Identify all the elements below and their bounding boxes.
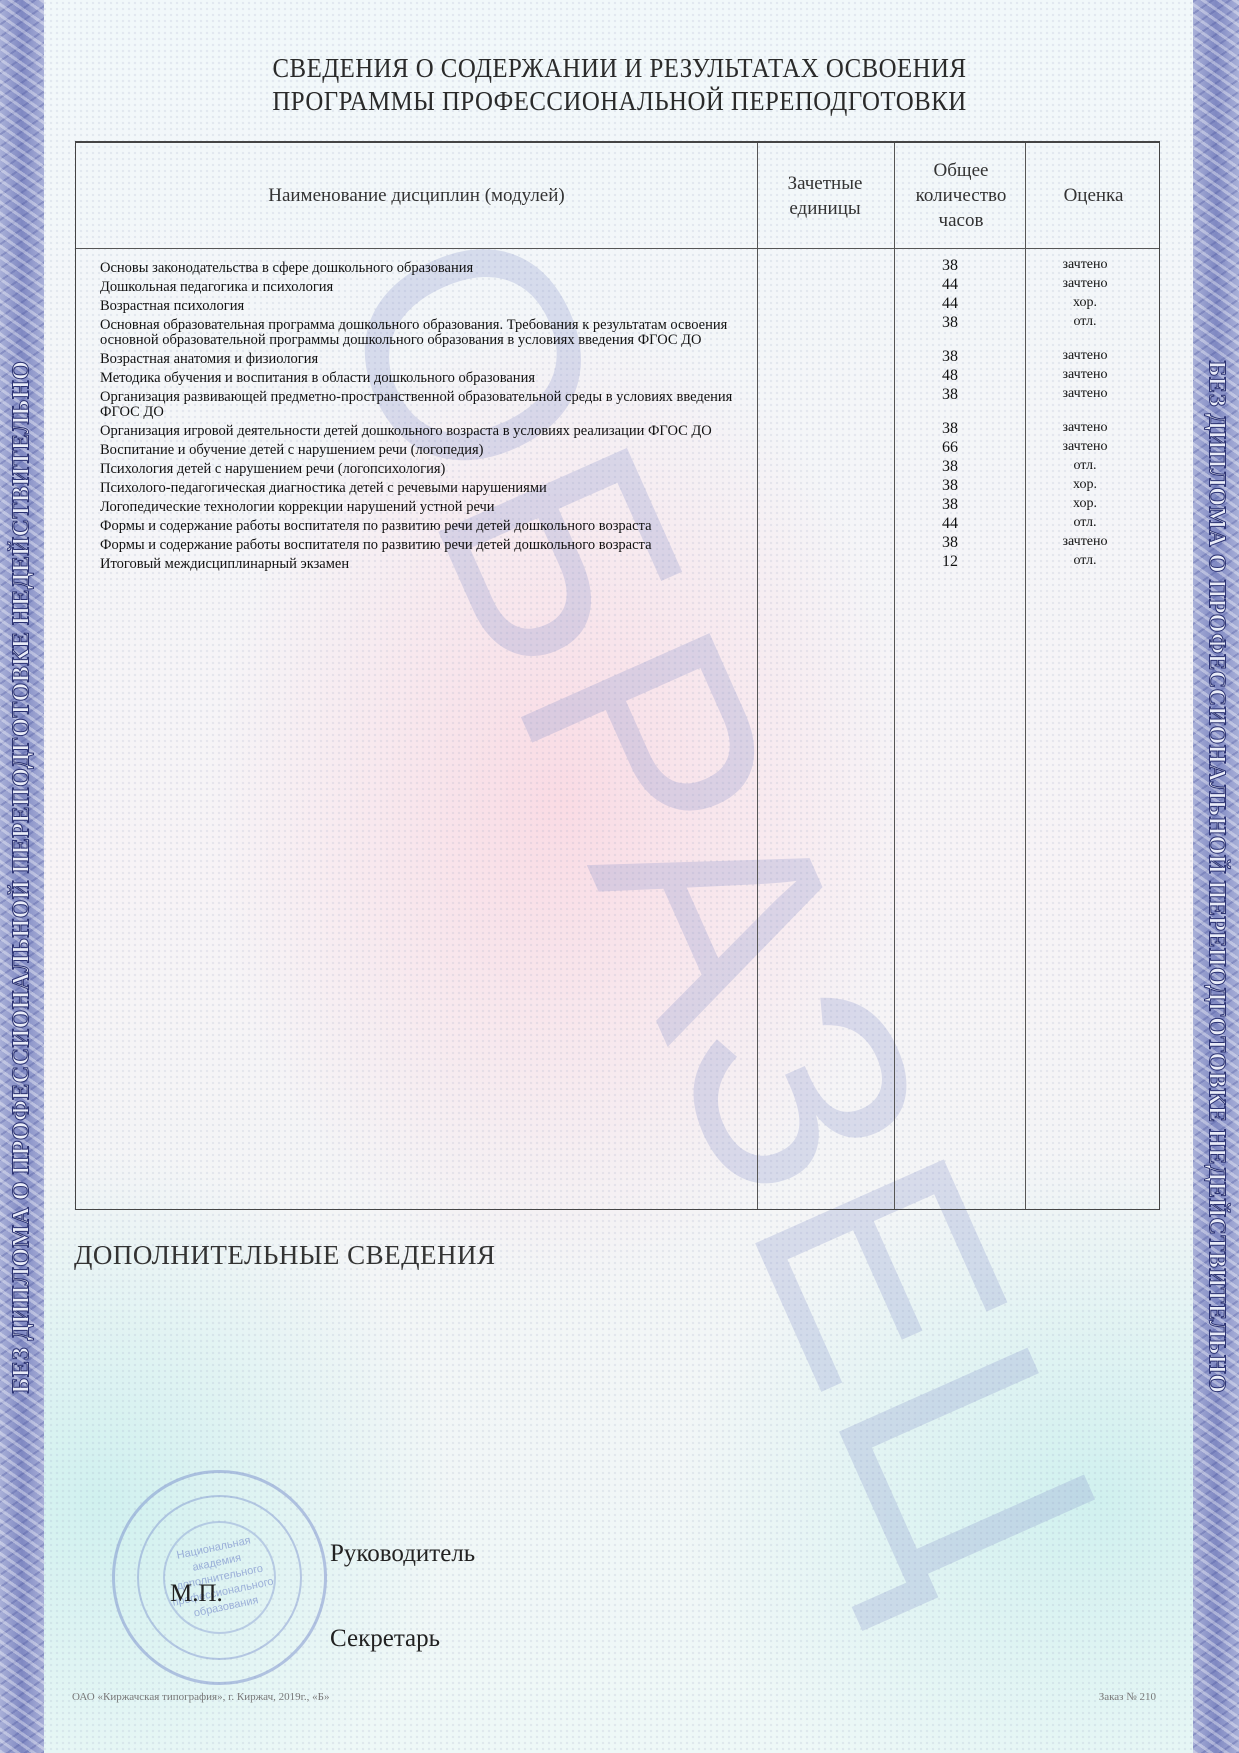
- discipline-hours: 44: [930, 516, 970, 531]
- table-row: Методика обучения и воспитания в области…: [100, 371, 1160, 386]
- table-row: Возрастная анатомия и физиология38зачтен…: [100, 352, 1160, 367]
- discipline-name: Логопедические технологии коррекции нару…: [100, 500, 750, 515]
- head-signature-label: Руководитель: [330, 1540, 475, 1568]
- discipline-grade: зачтено: [1045, 257, 1125, 272]
- table-row: Основы законодательства в сфере дошкольн…: [100, 261, 1160, 276]
- discipline-hours: 38: [930, 349, 970, 364]
- discipline-grade: зачтено: [1045, 367, 1125, 382]
- discipline-name: Дошкольная педагогика и психология: [100, 280, 750, 295]
- discipline-name: Воспитание и обучение детей с нарушением…: [100, 443, 750, 458]
- table-body: Основы законодательства в сфере дошкольн…: [100, 261, 1160, 572]
- discipline-grade: отл.: [1045, 515, 1125, 530]
- table-row: Психология детей с нарушением речи (лого…: [100, 462, 1160, 477]
- discipline-name: Формы и содержание работы воспитателя по…: [100, 538, 750, 553]
- discipline-hours: 12: [930, 554, 970, 569]
- printer-info: ОАО «Киржачская типография», г. Киржач, …: [72, 1691, 330, 1703]
- discipline-hours: 38: [930, 478, 970, 493]
- header-divider: [76, 248, 1159, 249]
- discipline-hours: 38: [930, 459, 970, 474]
- header-grade: Оценка: [1026, 143, 1161, 248]
- discipline-grade: зачтено: [1045, 534, 1125, 549]
- header-discipline: Наименование дисциплин (модулей): [76, 143, 757, 248]
- discipline-hours: 38: [930, 258, 970, 273]
- discipline-grade: зачтено: [1045, 439, 1125, 454]
- discipline-hours: 38: [930, 535, 970, 550]
- discipline-name: Возрастная психология: [100, 299, 750, 314]
- discipline-hours: 38: [930, 497, 970, 512]
- secretary-signature-label: Секретарь: [330, 1625, 440, 1653]
- discipline-grade: зачтено: [1045, 276, 1125, 291]
- table-row: Дошкольная педагогика и психология44зачт…: [100, 280, 1160, 295]
- stamp-text: Национальная академия дополнительного пр…: [158, 1529, 281, 1625]
- discipline-grade: отл.: [1045, 553, 1125, 568]
- discipline-grade: зачтено: [1045, 348, 1125, 363]
- table-row: Возрастная психология44хор.: [100, 299, 1160, 314]
- discipline-name: Итоговый междисциплинарный экзамен: [100, 557, 750, 572]
- discipline-hours: 38: [930, 315, 970, 330]
- discipline-hours: 38: [930, 387, 970, 402]
- right-security-border: БЕЗ ДИПЛОМА О ПРОФЕССИОНАЛЬНОЙ ПЕРЕПОДГО…: [1193, 0, 1239, 1753]
- discipline-grade: хор.: [1045, 477, 1125, 492]
- discipline-name: Основная образовательная программа дошко…: [100, 318, 750, 348]
- table-row: Организация развивающей предметно-простр…: [100, 390, 1160, 420]
- discipline-hours: 66: [930, 440, 970, 455]
- discipline-name: Организация игровой деятельности детей д…: [100, 424, 750, 439]
- discipline-name: Возрастная анатомия и физиология: [100, 352, 750, 367]
- order-number: Заказ № 210: [1099, 1691, 1156, 1703]
- discipline-name: Организация развивающей предметно-простр…: [100, 390, 750, 420]
- discipline-hours: 44: [930, 296, 970, 311]
- header-credits: Зачетные единицы: [762, 143, 888, 248]
- discipline-name: Психология детей с нарушением речи (лого…: [100, 462, 750, 477]
- table-row: Формы и содержание работы воспитателя по…: [100, 538, 1160, 553]
- left-border-text: БЕЗ ДИПЛОМА О ПРОФЕССИОНАЛЬНОЙ ПЕРЕПОДГО…: [9, 360, 36, 1393]
- table-row: Психолого-педагогическая диагностика дет…: [100, 481, 1160, 496]
- discipline-name: Психолого-педагогическая диагностика дет…: [100, 481, 750, 496]
- additional-info-heading: ДОПОЛНИТЕЛЬНЫЕ СВЕДЕНИЯ: [74, 1240, 496, 1271]
- discipline-grade: хор.: [1045, 496, 1125, 511]
- header-hours: Общее количество часов: [906, 143, 1016, 248]
- discipline-grade: хор.: [1045, 295, 1125, 310]
- table-row: Логопедические технологии коррекции нару…: [100, 500, 1160, 515]
- discipline-grade: зачтено: [1045, 386, 1125, 401]
- table-row: Организация игровой деятельности детей д…: [100, 424, 1160, 439]
- table-row: Итоговый междисциплинарный экзамен12отл.: [100, 557, 1160, 572]
- table-row: Основная образовательная программа дошко…: [100, 318, 1160, 348]
- title-line-1: СВЕДЕНИЯ О СОДЕРЖАНИИ И РЕЗУЛЬТАТАХ ОСВО…: [50, 52, 1190, 85]
- table-row: Формы и содержание работы воспитателя по…: [100, 519, 1160, 534]
- official-stamp: Национальная академия дополнительного пр…: [112, 1470, 327, 1685]
- left-security-border: БЕЗ ДИПЛОМА О ПРОФЕССИОНАЛЬНОЙ ПЕРЕПОДГО…: [0, 0, 44, 1753]
- discipline-hours: 48: [930, 368, 970, 383]
- discipline-name: Формы и содержание работы воспитателя по…: [100, 519, 750, 534]
- table-row: Воспитание и обучение детей с нарушением…: [100, 443, 1160, 458]
- discipline-grade: зачтено: [1045, 420, 1125, 435]
- discipline-grade: отл.: [1045, 314, 1125, 329]
- document-title: СВЕДЕНИЯ О СОДЕРЖАНИИ И РЕЗУЛЬТАТАХ ОСВО…: [0, 52, 1239, 118]
- discipline-grade: отл.: [1045, 458, 1125, 473]
- discipline-name: Основы законодательства в сфере дошкольн…: [100, 261, 750, 276]
- title-line-2: ПРОГРАММЫ ПРОФЕССИОНАЛЬНОЙ ПЕРЕПОДГОТОВК…: [50, 85, 1190, 118]
- discipline-hours: 44: [930, 277, 970, 292]
- discipline-hours: 38: [930, 421, 970, 436]
- right-border-text: БЕЗ ДИПЛОМА О ПРОФЕССИОНАЛЬНОЙ ПЕРЕПОДГО…: [1203, 360, 1230, 1393]
- discipline-name: Методика обучения и воспитания в области…: [100, 371, 750, 386]
- disciplines-table: Наименование дисциплин (модулей) Зачетны…: [75, 141, 1160, 1210]
- stamp-place-label: М.П.: [170, 1580, 223, 1608]
